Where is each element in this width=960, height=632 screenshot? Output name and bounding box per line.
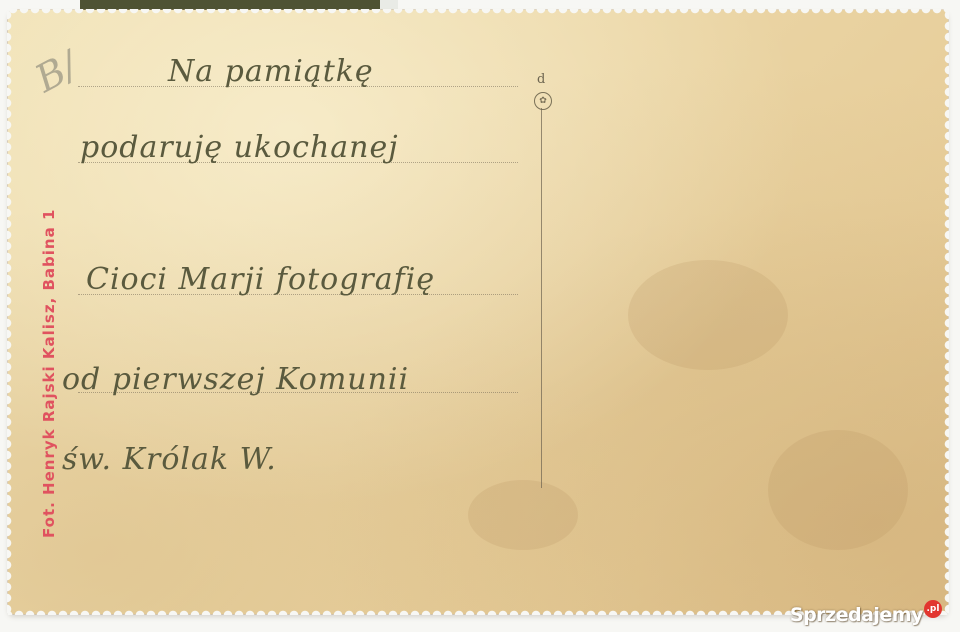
pencil-mark: B/	[28, 43, 85, 101]
paper-stain	[628, 260, 788, 370]
handwriting-line-2: podaruję ukochanej	[80, 130, 399, 165]
stamp-box-letter: d	[537, 72, 545, 87]
watermark-brand: Sprzedajemy	[790, 604, 923, 626]
handwriting-line-5: św. Królak W.	[62, 442, 277, 477]
paper-stain	[768, 430, 908, 550]
sprzedajemy-watermark: Sprzedajemy .pl	[790, 604, 942, 626]
paper-stain	[468, 480, 578, 550]
postcard-back: B/ Na pamiątkę podaruję ukochanej Cioci …	[8, 10, 948, 614]
watermark-tld-badge: .pl	[924, 600, 942, 618]
address-divider-line	[541, 108, 542, 488]
deckled-edge-right	[943, 10, 949, 614]
deckled-edge-left	[7, 10, 13, 614]
photographer-stamp: Fot. Henryk Rajski Kalisz, Babina 1	[40, 209, 58, 538]
handwriting-line-4: od pierwszej Komunii	[62, 362, 409, 397]
handwriting-line-3: Cioci Marji fotografię	[86, 262, 435, 297]
emblem-icon: ✿	[534, 92, 552, 110]
handwriting-line-1: Na pamiątkę	[168, 54, 374, 89]
